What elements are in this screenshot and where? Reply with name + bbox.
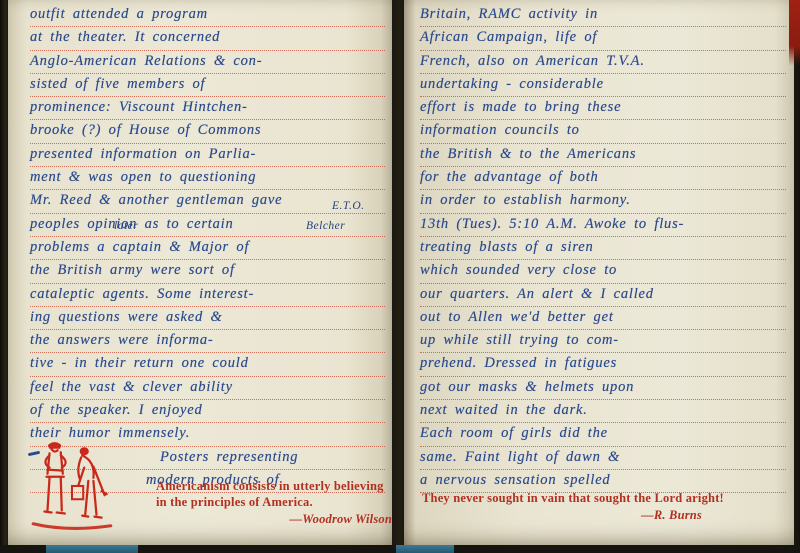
handwritten-line: prehend. Dressed in fatigues — [420, 353, 786, 376]
handwritten-line: ment & was open to questioning — [30, 167, 385, 190]
right-page-writing: Britain, RAMC activity in African Campai… — [420, 4, 786, 493]
handwritten-line: which sounded very close to — [420, 260, 786, 283]
interlinear-insertion-later: later — [114, 220, 138, 232]
quote-line: Americanism consists in utterly believin… — [156, 478, 392, 494]
page-gutter-shadow — [392, 0, 404, 545]
handwritten-line: effort is made to bring these — [420, 97, 786, 120]
handwritten-line: problems a captain & Major of — [30, 237, 385, 260]
quote-line: in the principles of America. — [156, 494, 392, 510]
handwritten-line: same. Faint light of dawn & — [420, 447, 786, 470]
handwritten-line: up while still trying to com- — [420, 330, 786, 353]
handwritten-line: undertaking - considerable — [420, 74, 786, 97]
handwritten-line: ing questions were asked & — [30, 307, 385, 330]
handwritten-line: information councils to — [420, 120, 786, 143]
interlinear-insertion-belcher: Belcher — [306, 220, 345, 232]
handwritten-line: the British & to the Americans — [420, 144, 786, 167]
teal-cover-strip — [46, 545, 138, 553]
teal-cover-strip — [396, 545, 454, 553]
handwritten-line: cataleptic agents. Some interest- — [30, 284, 385, 307]
handwritten-line: Each room of girls did the — [420, 423, 786, 446]
right-page: Britain, RAMC activity in African Campai… — [404, 0, 794, 545]
handwritten-line: tive - in their return one could — [30, 353, 385, 376]
handwritten-line: the answers were informa- — [30, 330, 385, 353]
handwritten-line: of the speaker. I enjoyed — [30, 400, 385, 423]
interlinear-insertion-eto: E.T.O. — [332, 200, 365, 212]
red-cover-corner — [789, 0, 800, 66]
handwritten-line: feel the vast & clever ability — [30, 377, 385, 400]
handwritten-line: Britain, RAMC activity in — [420, 4, 786, 27]
handwritten-line: for the advantage of both — [420, 167, 786, 190]
handwritten-line: our quarters. An alert & I called — [420, 284, 786, 307]
handwritten-line: the British army were sort of — [30, 260, 385, 283]
book-edge-shadow-right — [794, 0, 800, 553]
handwritten-line: next waited in the dark. — [420, 400, 786, 423]
book-edge-shadow-left — [0, 0, 8, 553]
handwritten-line: presented information on Parlia- — [30, 144, 385, 167]
handwritten-line: outfit attended a program — [30, 4, 385, 27]
quote-line: They never sought in vain that sought th… — [422, 490, 724, 506]
quote-attribution: —Woodrow Wilson — [156, 511, 392, 527]
handwritten-line: African Campaign, life of — [420, 27, 786, 50]
left-page-writing: outfit attended a program at the theater… — [30, 4, 385, 493]
handwritten-line: in order to establish harmony. — [420, 190, 786, 213]
handwritten-line: brooke (?) of House of Commons — [30, 120, 385, 143]
handwritten-line: got our masks & helmets upon — [420, 377, 786, 400]
handwritten-line: French, also on American T.V.A. — [420, 51, 786, 74]
handwritten-line: Anglo-American Relations & con- — [30, 51, 385, 74]
handwritten-line: 13th (Tues). 5:10 A.M. Awoke to flus- — [420, 214, 786, 237]
handwritten-line: at the theater. It concerned — [30, 27, 385, 50]
printed-quote-right: They never sought in vain that sought th… — [422, 490, 724, 523]
handwritten-line: sisted of five members of — [30, 74, 385, 97]
handwritten-line: out to Allen we'd better get — [420, 307, 786, 330]
diary-scan: outfit attended a program at the theater… — [0, 0, 800, 553]
handwritten-line: prominence: Viscount Hintchen- — [30, 97, 385, 120]
quote-attribution: —R. Burns — [422, 507, 724, 523]
handwritten-line: treating blasts of a siren — [420, 237, 786, 260]
printed-quote-left: Americanism consists in utterly believin… — [156, 478, 392, 527]
